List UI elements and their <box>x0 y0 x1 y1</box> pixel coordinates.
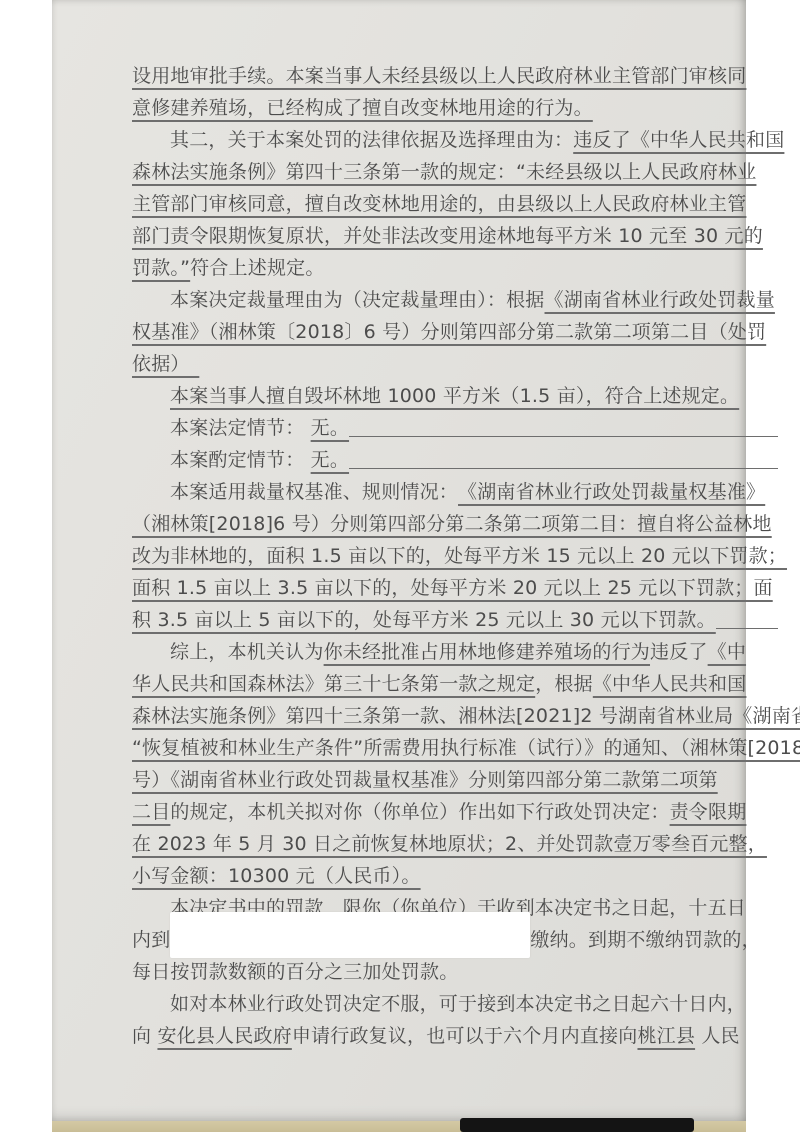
text-segment: 小写金额：10300 元（人民币）。 <box>132 860 421 892</box>
text-line: 改为非林地的，面积 1.5 亩以下的，处每平方米 15 元以上 20 元以下罚款… <box>132 540 780 572</box>
text-segment: 安化县人民政府 <box>157 1020 291 1052</box>
text-segment: 本案酌定情节： <box>170 444 311 476</box>
text-segment: 内到 <box>132 924 170 956</box>
text-segment: 二目 <box>132 796 170 828</box>
text-segment: 积 3.5 亩以上 5 亩以下的，处每平方米 25 元以上 30 元以下罚款。 <box>132 604 716 636</box>
underline-fill <box>716 604 780 636</box>
text-segment: 责令限期 <box>670 796 747 828</box>
text-line: 二目的规定，本机关拟对你（你单位）作出如下行政处罚决定：责令限期 <box>132 796 780 828</box>
text-segment: 无。 <box>311 412 349 444</box>
redaction-box <box>170 912 530 958</box>
text-segment: 向 <box>132 1020 157 1052</box>
text-line: 面积 1.5 亩以上 3.5 亩以下的，处每平方米 20 元以上 25 元以下罚… <box>132 572 780 604</box>
text-line: （湘林策[2018]6 号）分则第四部分第二条第二项第二目：擅自将公益林地 <box>132 508 780 540</box>
text-segment: 违反了 <box>650 636 708 668</box>
text-segment: 申请行政复议，也可以于六个月内直接向 <box>292 1020 638 1052</box>
text-segment: 《中华人民共和国 <box>593 668 747 700</box>
text-line: 号）《湖南省林业行政处罚裁量权基准》分则第四部分第二款第二项第 <box>132 764 780 796</box>
text-segment: 的规定，本机关拟对你（你单位）作出如下行政处罚决定： <box>170 796 669 828</box>
text-segment: 本案法定情节： <box>170 412 311 444</box>
text-segment: 森林法实施条例》第四十三条第一款的规定：“未经县级以上人民政府林业 <box>132 156 756 188</box>
text-segment: 华人民共和国森林法》第三十七条第一款之规定 <box>132 668 535 700</box>
text-segment: 你未经批准占用林地修建养殖场的行为 <box>324 636 650 668</box>
text-line: 综上，本机关认为你未经批准占用林地修建养殖场的行为违反了《中 <box>132 636 780 668</box>
text-line: 部门责令限期恢复原状，并处非法改变用途林地每平方米 10 元至 30 元的 <box>132 220 780 252</box>
document-text: 设用地审批手续。本案当事人未经县级以上人民政府林业主管部门审核同意修建养殖场，已… <box>132 60 780 1052</box>
text-line: 本案法定情节： 无。 <box>132 412 780 444</box>
text-segment: 改为非林地的，面积 1.5 亩以下的，处每平方米 15 元以上 20 元以下罚款… <box>132 540 787 572</box>
text-line: 主管部门审核同意，擅自改变林地用途的，由县级以上人民政府林业主管 <box>132 188 780 220</box>
text-segment: 号）《湖南省林业行政处罚裁量权基准》分则第四部分第二款第二项第 <box>132 764 718 796</box>
text-segment: 森林法实施条例》第四十三条第一款、湘林法[2021]2 号湖南省林业局《湖南省 <box>132 700 800 732</box>
text-segment: 意修建养殖场，已经构成了擅自改变林地用途的行为。 <box>132 92 593 124</box>
text-segment: 《中 <box>708 636 746 668</box>
paper-sheet: 设用地审批手续。本案当事人未经县级以上人民政府林业主管部门审核同意修建养殖场，已… <box>52 0 746 1122</box>
text-line: 依据） <box>132 348 780 380</box>
text-segment: 本案决定裁量理由为（决定裁量理由）：根据 <box>170 284 545 316</box>
text-segment: 缴纳。到期不缴纳罚款的， <box>530 924 760 956</box>
text-line: 权基准》（湘林策〔2018〕6 号）分则第四部分第二款第二项第二目（处罚 <box>132 316 780 348</box>
text-segment: 人民 <box>695 1020 740 1052</box>
text-segment: 在 2023 年 5 月 30 日之前恢复林地原状；2、并处罚款壹万零叁百元整， <box>132 828 767 860</box>
text-segment: 如对本林业行政处罚决定不服，可于接到本决定书之日起六十日内， <box>170 988 746 1020</box>
text-line: 其二，关于本案处罚的法律依据及选择理由为：违反了《中华人民共和国 <box>132 124 780 156</box>
text-segment: 主管部门审核同意，擅自改变林地用途的，由县级以上人民政府林业主管 <box>132 188 746 220</box>
text-segment: （湘林策[2018]6 号）分则第四部分第二条第二项第二目：擅自将公益林地 <box>132 508 772 540</box>
text-line: 本案当事人擅自毁坏林地 1000 平方米（1.5 亩），符合上述规定。 <box>132 380 780 412</box>
text-line: 每日按罚款数额的百分之三加处罚款。 <box>132 956 780 988</box>
text-line: 本案决定裁量理由为（决定裁量理由）：根据《湖南省林业行政处罚裁量 <box>132 284 780 316</box>
text-line: 设用地审批手续。本案当事人未经县级以上人民政府林业主管部门审核同 <box>132 60 780 92</box>
underline-fill <box>349 412 780 444</box>
text-segment: 桃江县 <box>637 1020 695 1052</box>
text-segment: 符合上述规定。 <box>190 252 324 284</box>
text-segment: “恢复植被和林业生产条件”所需费用执行标准（试行）》的通知、（湘林策[2018]… <box>132 732 800 764</box>
text-segment: 违反了《中华人民共和国 <box>573 124 784 156</box>
text-line: 意修建养殖场，已经构成了擅自改变林地用途的行为。 <box>132 92 780 124</box>
text-line: 内到缴纳。到期不缴纳罚款的， <box>132 924 780 956</box>
text-segment: 罚款。” <box>132 252 190 284</box>
text-line: 森林法实施条例》第四十三条第一款、湘林法[2021]2 号湖南省林业局《湖南省 <box>132 700 780 732</box>
text-segment: 权基准》（湘林策〔2018〕6 号）分则第四部分第二款第二项第二目（处罚 <box>132 316 766 348</box>
text-segment: ，根据 <box>535 668 593 700</box>
text-segment: 无。 <box>311 444 349 476</box>
text-line: “恢复植被和林业生产条件”所需费用执行标准（试行）》的通知、（湘林策[2018]… <box>132 732 780 764</box>
text-line: 罚款。”符合上述规定。 <box>132 252 780 284</box>
text-line: 在 2023 年 5 月 30 日之前恢复林地原状；2、并处罚款壹万零叁百元整， <box>132 828 780 860</box>
text-segment: 综上，本机关认为 <box>170 636 324 668</box>
underline-fill <box>349 444 780 476</box>
text-line: 华人民共和国森林法》第三十七条第一款之规定，根据《中华人民共和国 <box>132 668 780 700</box>
text-segment: 其二，关于本案处罚的法律依据及选择理由为： <box>170 124 573 156</box>
text-segment: 《湖南省林业行政处罚裁量 <box>545 284 775 316</box>
text-line: 向 安化县人民政府申请行政复议，也可以于六个月内直接向桃江县 人民 <box>132 1020 780 1052</box>
text-segment: 本案当事人擅自毁坏林地 1000 平方米（1.5 亩），符合上述规定。 <box>170 380 739 412</box>
scanned-document-page: 设用地审批手续。本案当事人未经县级以上人民政府林业主管部门审核同意修建养殖场，已… <box>0 0 800 1132</box>
text-line: 本案酌定情节： 无。 <box>132 444 780 476</box>
text-line: 积 3.5 亩以上 5 亩以下的，处每平方米 25 元以上 30 元以下罚款。 <box>132 604 780 636</box>
text-segment: 《湖南省林业行政处罚裁量权基准》 <box>458 476 765 508</box>
text-segment: 依据） <box>132 348 199 380</box>
text-segment: 本案适用裁量权基准、规则情况： <box>170 476 458 508</box>
text-segment: 设用地审批手续。本案当事人未经县级以上人民政府林业主管部门审核同 <box>132 60 746 92</box>
text-line: 森林法实施条例》第四十三条第一款的规定：“未经县级以上人民政府林业 <box>132 156 780 188</box>
text-line: 小写金额：10300 元（人民币）。 <box>132 860 780 892</box>
text-line: 如对本林业行政处罚决定不服，可于接到本决定书之日起六十日内， <box>132 988 780 1020</box>
text-line: 本案适用裁量权基准、规则情况：《湖南省林业行政处罚裁量权基准》 <box>132 476 780 508</box>
scan-bottom-black-bar <box>460 1118 694 1132</box>
text-segment: 部门责令限期恢复原状，并处非法改变用途林地每平方米 10 元至 30 元的 <box>132 220 763 252</box>
text-segment: 每日按罚款数额的百分之三加处罚款。 <box>132 956 458 988</box>
text-segment: 面积 1.5 亩以上 3.5 亩以下的，处每平方米 20 元以上 25 元以下罚… <box>132 572 773 604</box>
